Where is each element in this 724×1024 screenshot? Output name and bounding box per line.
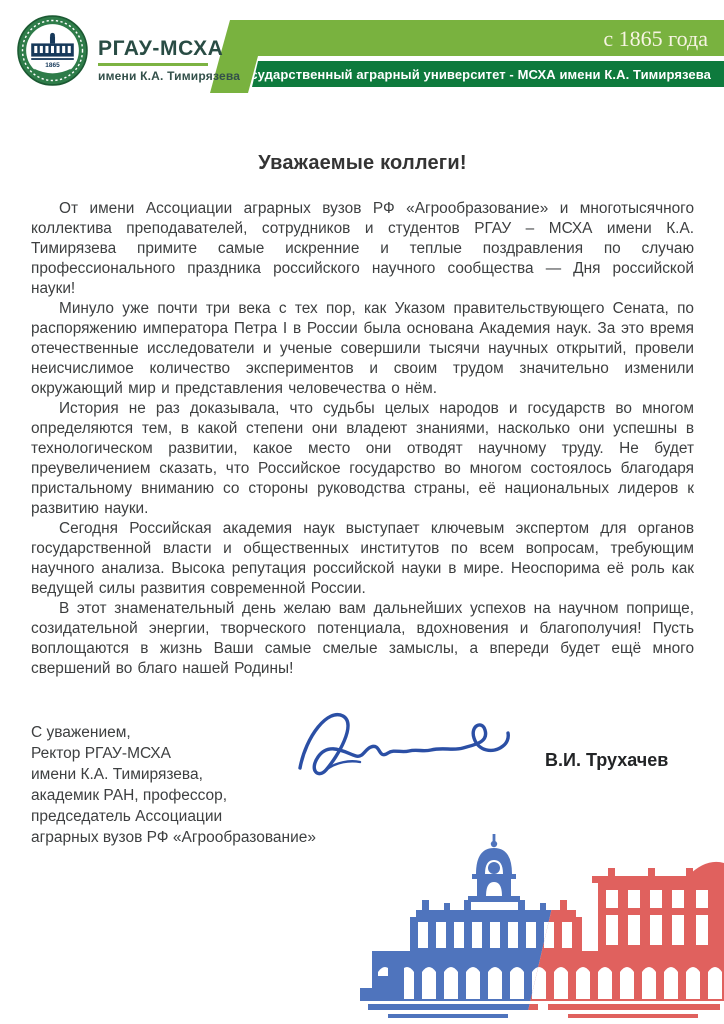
logo-text-block: РГАУ-МСХА имени К.А. Тимирязева <box>98 18 240 83</box>
closing-line-6: аграрных вузов РФ «Агрообразование» <box>31 827 316 848</box>
closing-line-4: академик РАН, профессор, <box>31 785 316 806</box>
closing-block: С уважением, Ректор РГАУ-МСХА имени К.А.… <box>31 722 316 848</box>
building-illustration <box>358 830 724 1024</box>
paragraph-4: Сегодня Российская академия наук выступа… <box>31 519 694 599</box>
letter-title: Уважаемые коллеги! <box>31 152 694 175</box>
university-emblem-icon: 1865 <box>16 14 89 87</box>
logo-acronym: РГАУ-МСХА <box>98 38 240 60</box>
logo-divider <box>98 63 208 66</box>
emblem-year: 1865 <box>45 62 60 69</box>
closing-line-1: С уважением, <box>31 722 316 743</box>
logo-subtitle: имени К.А. Тимирязева <box>98 69 240 83</box>
university-logo: 1865 РГАУ-МСХА имени К.А. Тимирязева <box>16 14 240 87</box>
letter-body: Уважаемые коллеги! От имени Ассоциации а… <box>31 152 694 679</box>
letter-page: с 1865 года Российский государственный а… <box>0 0 724 1024</box>
paragraph-5: В этот знаменательный день желаю вам дал… <box>31 599 694 679</box>
handwritten-signature-icon <box>290 702 514 790</box>
paragraph-1: От имени Ассоциации аграрных вузов РФ «А… <box>31 199 694 299</box>
closing-line-2: Ректор РГАУ-МСХА <box>31 743 316 764</box>
since-1865-label: с 1865 года <box>603 24 708 54</box>
closing-line-3: имени К.А. Тимирязева, <box>31 764 316 785</box>
header-dark-green-band: Российский государственный аграрный унив… <box>252 61 724 87</box>
closing-line-5: председатель Ассоциации <box>31 806 316 827</box>
signatory-name: В.И. Трухачев <box>545 750 695 771</box>
paragraph-3: История не раз доказывала, что судьбы це… <box>31 399 694 519</box>
paragraph-2: Минуло уже почти три века с тех пор, как… <box>31 299 694 399</box>
